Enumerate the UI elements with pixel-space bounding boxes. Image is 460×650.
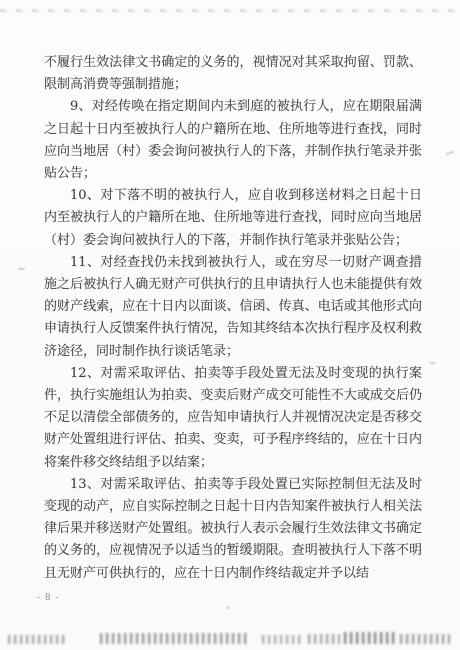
scan-speck [446, 151, 454, 155]
page-number: - 8 - [37, 593, 60, 603]
smudge-cluster [400, 634, 450, 644]
paragraph-item-11: 11、对经查找仍未找到被执行人，或在穷尽一切财产调查措施之后被执行人确无财产可供… [44, 252, 422, 363]
smudge-cluster [8, 635, 66, 644]
paragraph-item-10: 10、对下落不明的被执行人，应自收到移送材料之日起十日内至被执行人的户籍所在地、… [44, 185, 422, 252]
scan-speck [18, 268, 25, 270]
scan-artifact-bottom-smudge [0, 629, 460, 646]
scan-speck [430, 362, 435, 364]
paragraph-item-12: 12、对需采取评估、拍卖等手段处置无法及时变现的执行案件，执行实施组认为拍卖、变… [44, 363, 422, 474]
paragraph-item-13: 13、对需采取评估、拍卖等手段处置已实际控制但无法及时变现的动产，应自实际控制之… [44, 474, 422, 585]
paragraph-continuation: 不履行生效法律文书确定的义务的，视情况对其采取拘留、罚款、限制高消费等强制措施； [44, 52, 422, 96]
scan-artifact-top-line [0, 9, 460, 12]
paragraph-item-9: 9、对经传唤在指定期间内未到庭的被执行人，应在期限届满之日起十日内至被执行人的户… [44, 96, 422, 185]
smudge-cluster [100, 633, 248, 644]
smudge-cluster [344, 632, 398, 644]
document-page: 不履行生效法律文书确定的义务的，视情况对其采取拘留、罚款、限制高消费等强制措施；… [0, 0, 460, 650]
smudge-cluster [262, 635, 302, 644]
scan-speck [226, 606, 229, 609]
smudge-cluster [308, 634, 340, 644]
document-text-block: 不履行生效法律文书确定的义务的，视情况对其采取拘留、罚款、限制高消费等强制措施；… [44, 52, 422, 585]
